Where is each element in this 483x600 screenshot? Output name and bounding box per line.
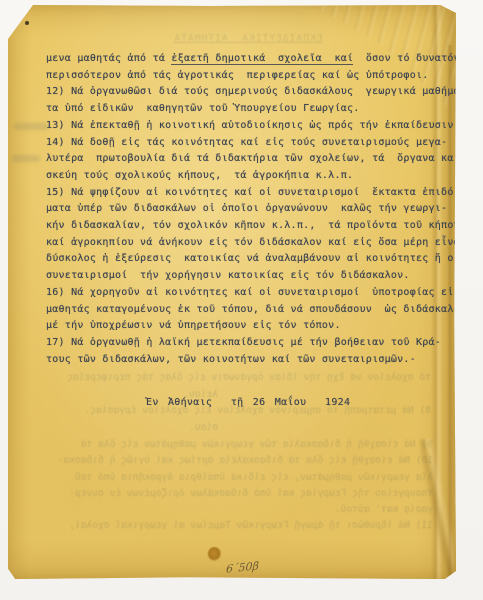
bleedthrough-line: τό σχολεῖον νά ἔχῃ τήν ἰδίαν ὀργάνωσιν ε… — [36, 372, 431, 384]
text-line: μαθητάς καταγομένους ἐκ τοῦ τόπου, διά ν… — [46, 302, 454, 319]
scan-background: ΕΚΠΑΙΔΕΥΤΙΚΑ ΑΙΤΗΜΑΤΑ μενα μαθητάς ἀπό τ… — [0, 0, 483, 600]
bleedthrough-heading: ΕΚΠΑΙΔΕΥΤΙΚΑ ΑΙΤΗΜΑΤΑ — [138, 33, 358, 45]
bleedthrough-line: Ὑπουργείου τῆς Γεωργίας καί ὑπό διδασκάλ… — [33, 488, 433, 500]
bleedthrough-line: 9) Νά εἰσαχθῇ ἡ διδασκαλία τῶν γεωργικῶν… — [33, 439, 433, 451]
bleedthrough-line: 11) Νά ἱδρυθῶσι τῇ ἀρωγῇ Γεωργικῶν Ταμεί… — [33, 520, 433, 532]
text-line: δύσκολος ἡ ἐξεύρεσις κατοικίας νά ἀναλαμ… — [46, 251, 454, 268]
text-line: 15) Νά ψηφίζουν αἱ κοινότητες καί οἱ συν… — [46, 185, 454, 202]
text-line: 12) Νά ὀργανωθῶσι διά τούς σημερινούς δι… — [46, 84, 454, 101]
paper-sheet: ΕΚΠΑΙΔΕΥΤΙΚΑ ΑΙΤΗΜΑΤΑ μενα μαθητάς ἀπό τ… — [8, 5, 456, 579]
bleedthrough-line: λία γεωργικῶν μαθημάτων, εἰς εἰδικά ὑπαί… — [33, 472, 433, 484]
stain-dot — [208, 547, 221, 561]
text-line: ματα ὑπέρ τῶν διδασκάλων οἱ ὁποῖοι ὀργαν… — [46, 201, 454, 218]
bleedthrough-line: λείου. — [68, 389, 218, 401]
line1-prefix: μενα μαθητάς ἀπό τά — [46, 53, 171, 64]
paper-smudge — [14, 123, 48, 130]
text-line: κήν διδασκαλίαν, τόν σχολικόν κῆπον κ.λ.… — [46, 218, 454, 235]
text-line: τα ὑπό εἰδικῶν καθηγητῶν τοῦ Ὑπουργείου … — [46, 101, 454, 118]
text-line: 16) Νά χορηγοῦν αἱ κοινότητες καί οἱ συν… — [46, 285, 454, 302]
paper-smudge — [12, 155, 40, 162]
text-line: καί ἀγροκηπίου νά ἀνήκουν εἰς τόν διδάσκ… — [46, 235, 454, 252]
text-line: μενα μαθητάς ἀπό τά ἑξαετῆ δημοτικά σχολ… — [46, 51, 454, 68]
bleedthrough-line: 10) Νά εἰσαχθῇ εἰς ὅλα τά διδασκαλεῖα ἀρ… — [33, 455, 433, 467]
text-line: συνεταιρισμοί τήν χορήγησιν κατοικίας εἰ… — [46, 268, 454, 285]
bleedthrough-line: σίου. — [68, 422, 218, 434]
text-line: 13) Νά ἐπεκταθῇ ἡ κοινοτική αὐτοδιοίκησι… — [46, 118, 454, 135]
text-line: λυτέρα πρωτοβουλία διά τά διδακτήρια τῶν… — [46, 151, 454, 168]
text-line: σκεύη τούς σχολικούς κήπους, τά ἀγροκήπι… — [46, 168, 454, 185]
ink-speck — [25, 21, 29, 25]
line1-underlined-phrase: ἑξαετῆ δημοτικά σχολεῖα καί — [171, 53, 353, 65]
line1-suffix: ὅσον τό δυνατόν — [353, 53, 460, 64]
text-line: περισσότερον ἀπό τάς ἀγροτικάς περιφερεί… — [46, 68, 454, 85]
text-line: μέ τήν ὑποχρέωσιν νά ὑπηρετήσουν εἰς τόν… — [46, 318, 454, 335]
text-line: τους τῶν διδασκάλων, τῶν κοινοτήτων καί … — [46, 352, 454, 369]
text-line: 14) Νά δοθῇ εἰς τάς κοινότητας καί εἰς τ… — [46, 135, 454, 152]
text-line: 17) Νά ὀργανωθῇ ἡ λαϊκή μετεκπαίδευσις μ… — [46, 335, 454, 352]
handwritten-note: 6΄50β — [226, 559, 260, 576]
typewritten-text-block: μενα μαθητάς ἀπό τά ἑξαετῆ δημοτικά σχολ… — [46, 51, 454, 368]
bleedthrough-line: γασίᾳ κατ' αὐτοῦ. — [308, 504, 433, 516]
bleedthrough-line: 8) Νά μετατραπῇ τό σημερινόν σχολεῖον εἰ… — [36, 405, 431, 417]
